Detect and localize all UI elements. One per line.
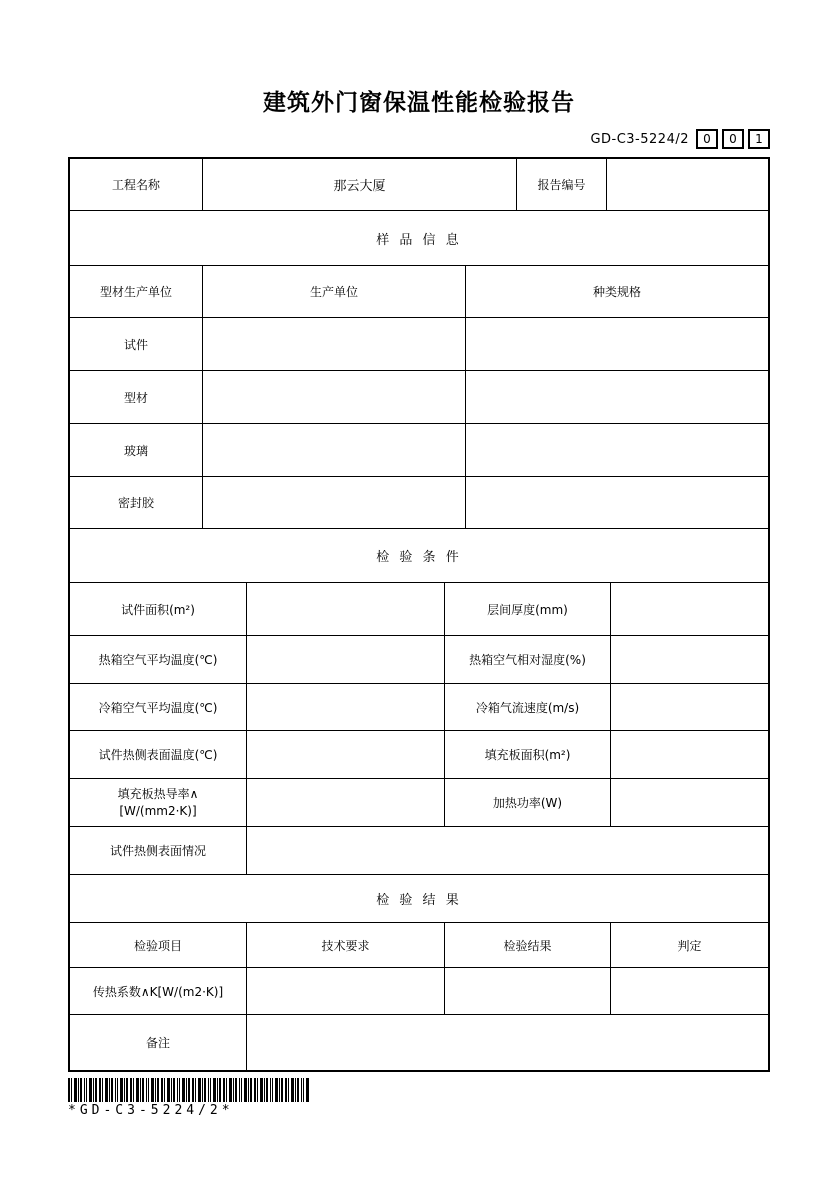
report-table: 工程名称 那云大厦 报告编号 样 品 信 息 型材生产单位 生产单位 种类规格 … (68, 157, 770, 1072)
cond-layer-thickness-value (611, 583, 768, 635)
cond-hotbox-humidity-label: 热箱空气相对湿度(%) (445, 636, 611, 683)
cond-coldbox-airspeed-label: 冷箱气流速度(m/s) (445, 684, 611, 730)
row-cond-hotbox-temp: 热箱空气平均温度(℃) 热箱空气相对湿度(%) (70, 636, 768, 684)
cond-fillboard-area-label: 填充板面积(m²) (445, 731, 611, 778)
barcode-block: *GD-C3-5224/2* (68, 1078, 310, 1118)
cond-coldbox-temp-label: 冷箱空气平均温度(℃) (70, 684, 247, 730)
result-ktransfer-result (445, 968, 611, 1014)
row-sample-columns: 型材生产单位 生产单位 种类规格 (70, 266, 768, 318)
form-code-text: GD-C3-5224/2 (590, 132, 689, 147)
cond-surface-temp-value (247, 731, 445, 778)
report-page: 建筑外门窗保温性能检验报告 GD-C3-5224/2 0 0 1 工程名称 那云… (0, 0, 838, 1186)
conditions-section-title: 检 验 条 件 (70, 529, 768, 582)
cond-surface-state-label: 试件热侧表面情况 (70, 827, 247, 874)
cond-heating-power-value (611, 779, 768, 826)
row-sample-profile: 型材 (70, 371, 768, 424)
row-cond-area: 试件面积(m²) 层间厚度(mm) (70, 583, 768, 636)
sample-col-material-unit: 型材生产单位 (70, 266, 203, 317)
row-sample-section: 样 品 信 息 (70, 211, 768, 266)
sample-profile-label: 型材 (70, 371, 203, 423)
results-section-title: 检 验 结 果 (70, 875, 768, 922)
sample-glass-producer (203, 424, 466, 476)
barcode-text: *GD-C3-5224/2* (68, 1103, 310, 1118)
cond-specimen-area-label: 试件面积(m²) (70, 583, 247, 635)
row-remark: 备注 (70, 1015, 768, 1070)
result-ktransfer-label: 传热系数∧K[W/(m2·K)] (70, 968, 247, 1014)
row-cond-coldbox-temp: 冷箱空气平均温度(℃) 冷箱气流速度(m/s) (70, 684, 768, 731)
row-cond-surface-temp: 试件热侧表面温度(℃) 填充板面积(m²) (70, 731, 768, 779)
sample-col-spec: 种类规格 (466, 266, 768, 317)
row-result-ktransfer: 传热系数∧K[W/(m2·K)] (70, 968, 768, 1015)
cond-heating-power-label: 加热功率(W) (445, 779, 611, 826)
sample-specimen-label: 试件 (70, 318, 203, 370)
row-sample-sealant: 密封胶 (70, 477, 768, 529)
results-col-requirement: 技术要求 (247, 923, 445, 967)
form-code-box-1: 0 (696, 129, 718, 149)
project-name-label: 工程名称 (70, 159, 203, 210)
sample-profile-producer (203, 371, 466, 423)
cond-hotbox-temp-value (247, 636, 445, 683)
report-no-label: 报告编号 (517, 159, 607, 210)
cond-surface-state-value (247, 827, 768, 874)
cond-hotbox-temp-label: 热箱空气平均温度(℃) (70, 636, 247, 683)
form-code-line: GD-C3-5224/2 0 0 1 (68, 129, 770, 149)
row-project: 工程名称 那云大厦 报告编号 (70, 159, 768, 211)
sample-sealant-label: 密封胶 (70, 477, 203, 528)
sample-glass-spec (466, 424, 768, 476)
result-ktransfer-judgement (611, 968, 768, 1014)
cond-surface-temp-label: 试件热侧表面温度(℃) (70, 731, 247, 778)
cond-conductivity-value (247, 779, 445, 826)
cond-coldbox-temp-value (247, 684, 445, 730)
row-sample-specimen: 试件 (70, 318, 768, 371)
cond-specimen-area-value (247, 583, 445, 635)
cond-conductivity-label: 填充板热导率∧ [W/(mm2·K)] (70, 779, 247, 826)
cond-hotbox-humidity-value (611, 636, 768, 683)
sample-sealant-spec (466, 477, 768, 528)
report-no-value (607, 159, 768, 210)
results-col-item: 检验项目 (70, 923, 247, 967)
cond-coldbox-airspeed-value (611, 684, 768, 730)
cond-layer-thickness-label: 层间厚度(mm) (445, 583, 611, 635)
result-ktransfer-requirement (247, 968, 445, 1014)
remark-value (247, 1015, 768, 1070)
sample-glass-label: 玻璃 (70, 424, 203, 476)
row-conditions-section: 检 验 条 件 (70, 529, 768, 583)
sample-specimen-producer (203, 318, 466, 370)
row-results-columns: 检验项目 技术要求 检验结果 判定 (70, 923, 768, 968)
sample-section-title: 样 品 信 息 (70, 211, 768, 265)
remark-label: 备注 (70, 1015, 247, 1070)
row-results-section: 检 验 结 果 (70, 875, 768, 923)
project-name-value: 那云大厦 (203, 159, 517, 210)
form-code-box-3: 1 (748, 129, 770, 149)
sample-profile-spec (466, 371, 768, 423)
form-code-box-2: 0 (722, 129, 744, 149)
row-sample-glass: 玻璃 (70, 424, 768, 477)
results-col-result: 检验结果 (445, 923, 611, 967)
sample-sealant-producer (203, 477, 466, 528)
sample-specimen-spec (466, 318, 768, 370)
cond-fillboard-area-value (611, 731, 768, 778)
row-cond-conductivity: 填充板热导率∧ [W/(mm2·K)] 加热功率(W) (70, 779, 768, 827)
sample-col-producer: 生产单位 (203, 266, 466, 317)
row-cond-surface-state: 试件热侧表面情况 (70, 827, 768, 875)
results-col-judgement: 判定 (611, 923, 768, 967)
page-title: 建筑外门窗保温性能检验报告 (0, 84, 838, 117)
barcode-image (68, 1078, 310, 1102)
